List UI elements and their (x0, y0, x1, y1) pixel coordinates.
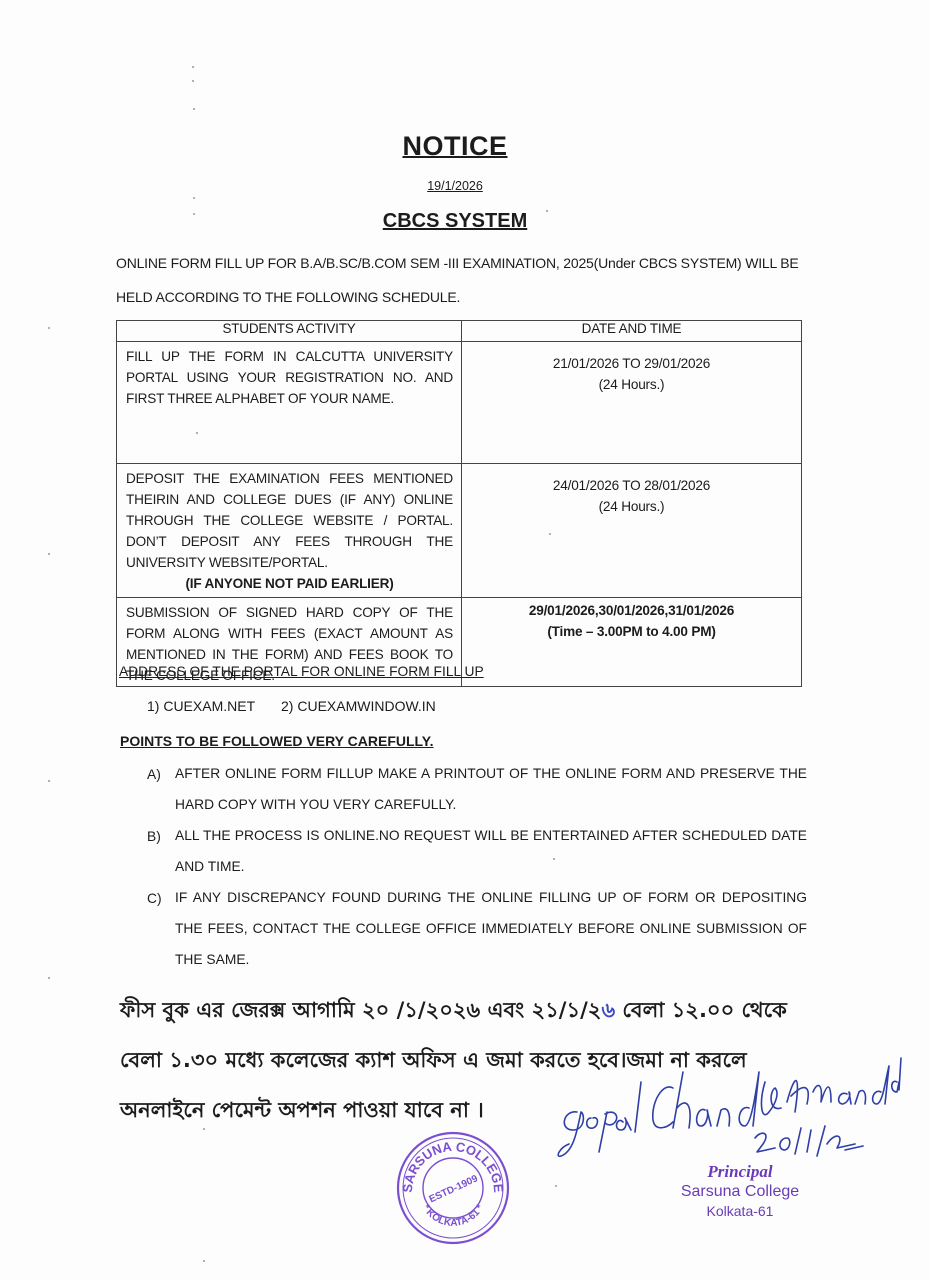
date-range: 24/01/2026 TO 28/01/2026 (462, 475, 801, 496)
activity-note: (IF ANYONE NOT PAID EARLIER) (126, 573, 453, 594)
scan-speck (48, 553, 50, 555)
scan-speck (546, 210, 548, 212)
portal-item: 2) CUEXAMWINDOW.IN (281, 698, 436, 714)
date-range: 29/01/2026,30/01/2026,31/01/2026 (462, 600, 801, 621)
point-label: C) (147, 882, 175, 975)
scan-speck (193, 108, 195, 110)
svg-text:* KOLKATA-61 *: * KOLKATA-61 * (420, 1203, 486, 1229)
point-label: A) (147, 758, 175, 820)
point-text: ALL THE PROCESS IS ONLINE.NO REQUEST WIL… (175, 820, 807, 882)
scan-speck (192, 80, 194, 82)
date-cell: 24/01/2026 TO 28/01/2026 (24 Hours.) (462, 464, 802, 598)
principal-block: Principal Sarsuna College Kolkata-61 (640, 1162, 840, 1220)
principal-signature-icon: Gopal Chandra Mandal 20/1/26 (555, 1052, 905, 1162)
notice-title: NOTICE (0, 131, 910, 162)
scan-speck (555, 1185, 557, 1187)
time-note: (Time – 3.00PM to 4.00 PM) (462, 621, 801, 642)
time-note: (24 Hours.) (462, 496, 801, 517)
scan-speck (193, 213, 195, 215)
system-title: CBCS SYSTEM (0, 210, 910, 233)
scan-speck (48, 977, 50, 979)
notice-date: 19/1/2026 (0, 179, 910, 193)
bengali-text-part1: ফীস বুক এর জেরক্স আগামি ২০ /১/২০২৬ এবং ২… (120, 998, 601, 1022)
portal-heading: ADDRESS OF THE PORTAL FOR ONLINE FORM FI… (119, 664, 484, 679)
scan-speck (196, 432, 198, 434)
point-text: IF ANY DISCREPANCY FOUND DURING THE ONLI… (175, 882, 807, 975)
portal-list: 1) CUEXAM.NET 2) CUEXAMWINDOW.IN (147, 698, 458, 714)
point-item: B) ALL THE PROCESS IS ONLINE.NO REQUEST … (147, 820, 807, 882)
scan-speck (48, 327, 50, 329)
handwritten-correction: ৬ (601, 998, 615, 1022)
points-heading: POINTS TO BE FOLLOWED VERY CAREFULLY. (120, 733, 433, 749)
activity-cell: FILL UP THE FORM IN CALCUTTA UNIVERSITY … (117, 342, 462, 464)
column-header-date-time: DATE AND TIME (462, 321, 802, 342)
activity-cell: DEPOSIT THE EXAMINATION FEES MENTIONED T… (117, 464, 462, 598)
college-stamp-icon: SARSUNA COLLEGE ESTD-1909 * KOLKATA-61 * (394, 1130, 512, 1246)
point-label: B) (147, 820, 175, 882)
scan-speck (549, 533, 551, 535)
notice-page: NOTICE 19/1/2026 CBCS SYSTEM ONLINE FORM… (0, 0, 930, 1280)
time-note: (24 Hours.) (462, 374, 801, 395)
college-name: Sarsuna College (640, 1182, 840, 1202)
date-cell: 29/01/2026,30/01/2026,31/01/2026 (Time –… (462, 598, 802, 687)
column-header-activity: STUDENTS ACTIVITY (117, 321, 462, 342)
table-row: FILL UP THE FORM IN CALCUTTA UNIVERSITY … (117, 342, 802, 464)
college-city: Kolkata-61 (640, 1202, 840, 1220)
scan-speck (553, 858, 555, 860)
point-text: AFTER ONLINE FORM FILLUP MAKE A PRINTOUT… (175, 758, 807, 820)
schedule-table: STUDENTS ACTIVITY DATE AND TIME FILL UP … (116, 320, 802, 687)
scan-speck (192, 66, 194, 68)
principal-title: Principal (640, 1162, 840, 1182)
points-list: A) AFTER ONLINE FORM FILLUP MAKE A PRINT… (147, 758, 807, 975)
table-header-row: STUDENTS ACTIVITY DATE AND TIME (117, 321, 802, 342)
intro-paragraph: ONLINE FORM FILL UP FOR B.A/B.SC/B.COM S… (116, 246, 816, 314)
date-range: 21/01/2026 TO 29/01/2026 (462, 353, 801, 374)
activity-text: FILL UP THE FORM IN CALCUTTA UNIVERSITY … (126, 346, 453, 409)
date-cell: 21/01/2026 TO 29/01/2026 (24 Hours.) (462, 342, 802, 464)
activity-text: DEPOSIT THE EXAMINATION FEES MENTIONED T… (126, 468, 453, 573)
scan-speck (203, 1260, 205, 1262)
scan-speck (193, 197, 195, 199)
svg-text:ESTD-1909: ESTD-1909 (428, 1173, 480, 1205)
scan-speck (203, 1128, 205, 1130)
svg-text:Gopal Chandra Mandal 20/1/26: Gopal Chandra Mandal 20/1/26 (555, 1052, 569, 1053)
portal-item: 1) CUEXAM.NET (147, 698, 255, 714)
point-item: C) IF ANY DISCREPANCY FOUND DURING THE O… (147, 882, 807, 975)
point-item: A) AFTER ONLINE FORM FILLUP MAKE A PRINT… (147, 758, 807, 820)
table-row: DEPOSIT THE EXAMINATION FEES MENTIONED T… (117, 464, 802, 598)
scan-speck (48, 780, 50, 782)
